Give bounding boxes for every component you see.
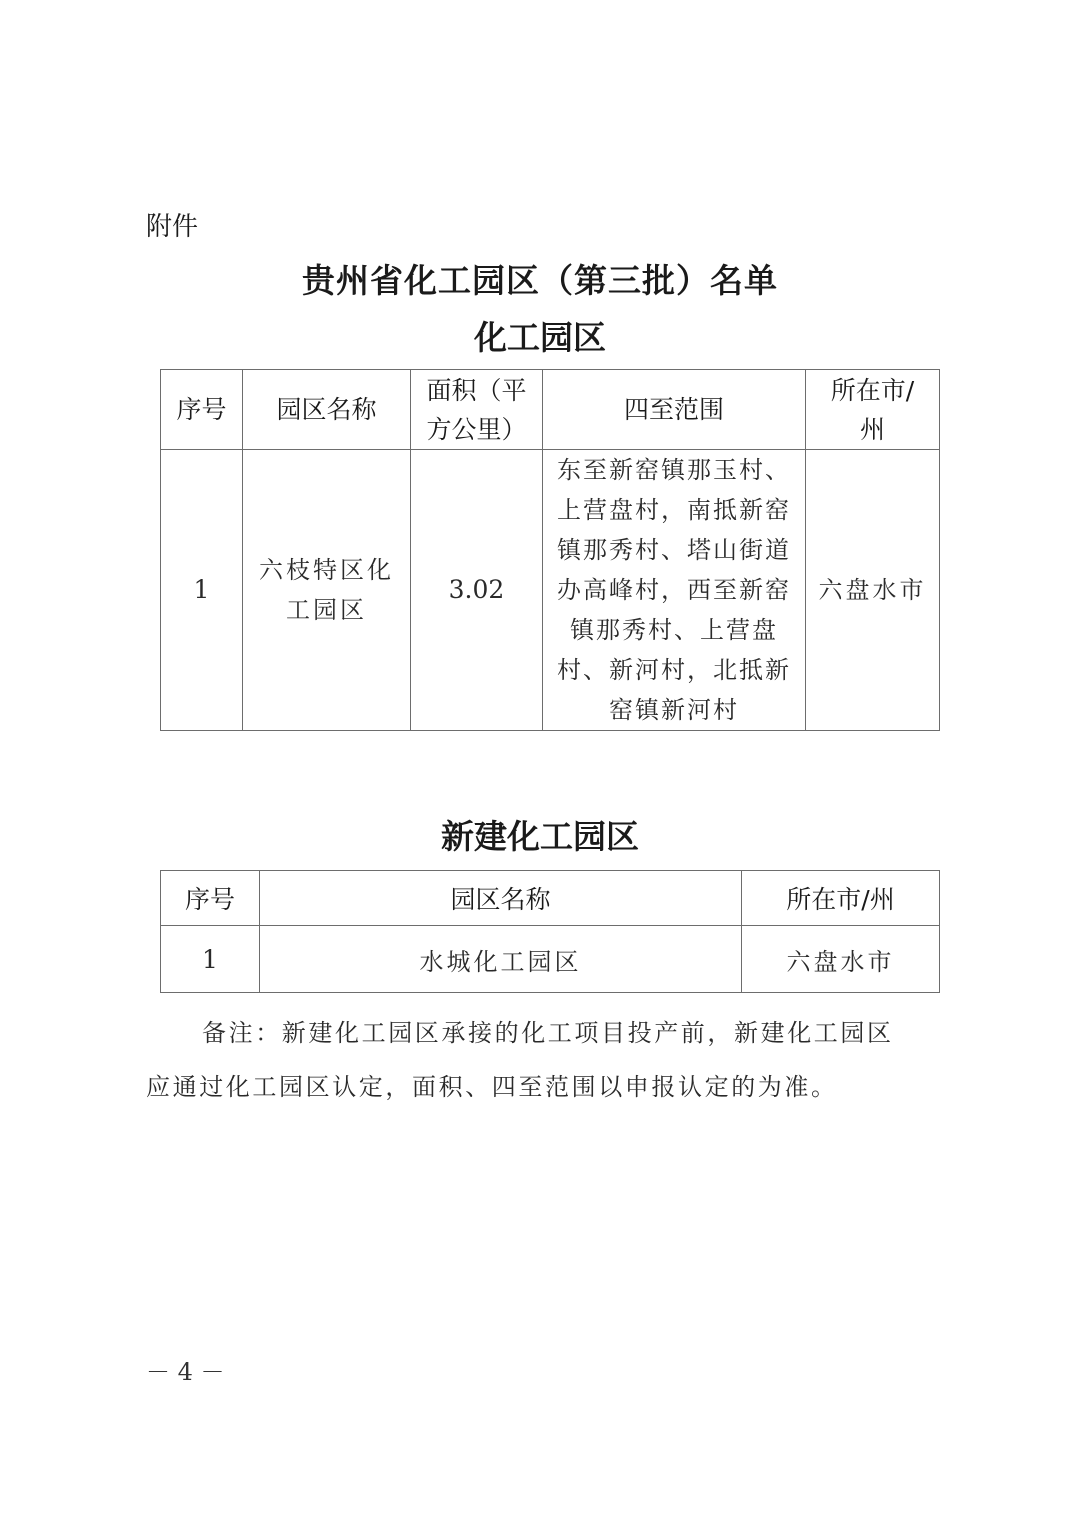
- table-row: 1 六枝特区化工园区 3.02 东至新窑镇那玉村、上营盘村，南抵新窑镇那秀村、塔…: [161, 450, 940, 731]
- cell-park-name: 水城化工园区: [260, 926, 742, 993]
- cell-city: 六盘水市: [806, 450, 940, 731]
- attachment-label: 附件: [146, 206, 198, 243]
- cell-index: 1: [161, 450, 243, 731]
- header-index: 序号: [161, 370, 243, 450]
- table-header-row: 序号 园区名称 面积（平方公里） 四至范围 所在市/州: [161, 370, 940, 450]
- note-paragraph: 备注：新建化工园区承接的化工项目投产前，新建化工园区 应通过化工园区认定，面积、…: [146, 1006, 946, 1114]
- header-area: 面积（平方公里）: [411, 370, 543, 450]
- header-boundary: 四至范围: [543, 370, 806, 450]
- note-line-2: 应通过化工园区认定，面积、四至范围以申报认定的为准。: [146, 1060, 946, 1114]
- header-city: 所在市/州: [806, 370, 940, 450]
- header-index: 序号: [161, 871, 260, 926]
- header-park-name: 园区名称: [260, 871, 742, 926]
- cell-city: 六盘水市: [742, 926, 940, 993]
- new-chemical-parks-table: 序号 园区名称 所在市/州 1 水城化工园区 六盘水市: [160, 870, 940, 993]
- table-row: 1 水城化工园区 六盘水市: [161, 926, 940, 993]
- section-title-new-parks: 新建化工园区: [0, 811, 1080, 858]
- chemical-parks-table: 序号 园区名称 面积（平方公里） 四至范围 所在市/州 1 六枝特区化工园区 3…: [160, 369, 940, 731]
- cell-park-name: 六枝特区化工园区: [243, 450, 411, 731]
- cell-boundary: 东至新窑镇那玉村、上营盘村，南抵新窑镇那秀村、塔山街道办高峰村，西至新窑镇那秀村…: [543, 450, 806, 731]
- header-park-name: 园区名称: [243, 370, 411, 450]
- note-line-1: 备注：新建化工园区承接的化工项目投产前，新建化工园区: [146, 1006, 946, 1060]
- header-city: 所在市/州: [742, 871, 940, 926]
- document-title: 贵州省化工园区（第三批）名单: [0, 255, 1080, 302]
- section-title-chemical-parks: 化工园区: [0, 312, 1080, 359]
- cell-index: 1: [161, 926, 260, 993]
- page-number: － 4 －: [146, 1352, 225, 1387]
- cell-area: 3.02: [411, 450, 543, 731]
- table-header-row: 序号 园区名称 所在市/州: [161, 871, 940, 926]
